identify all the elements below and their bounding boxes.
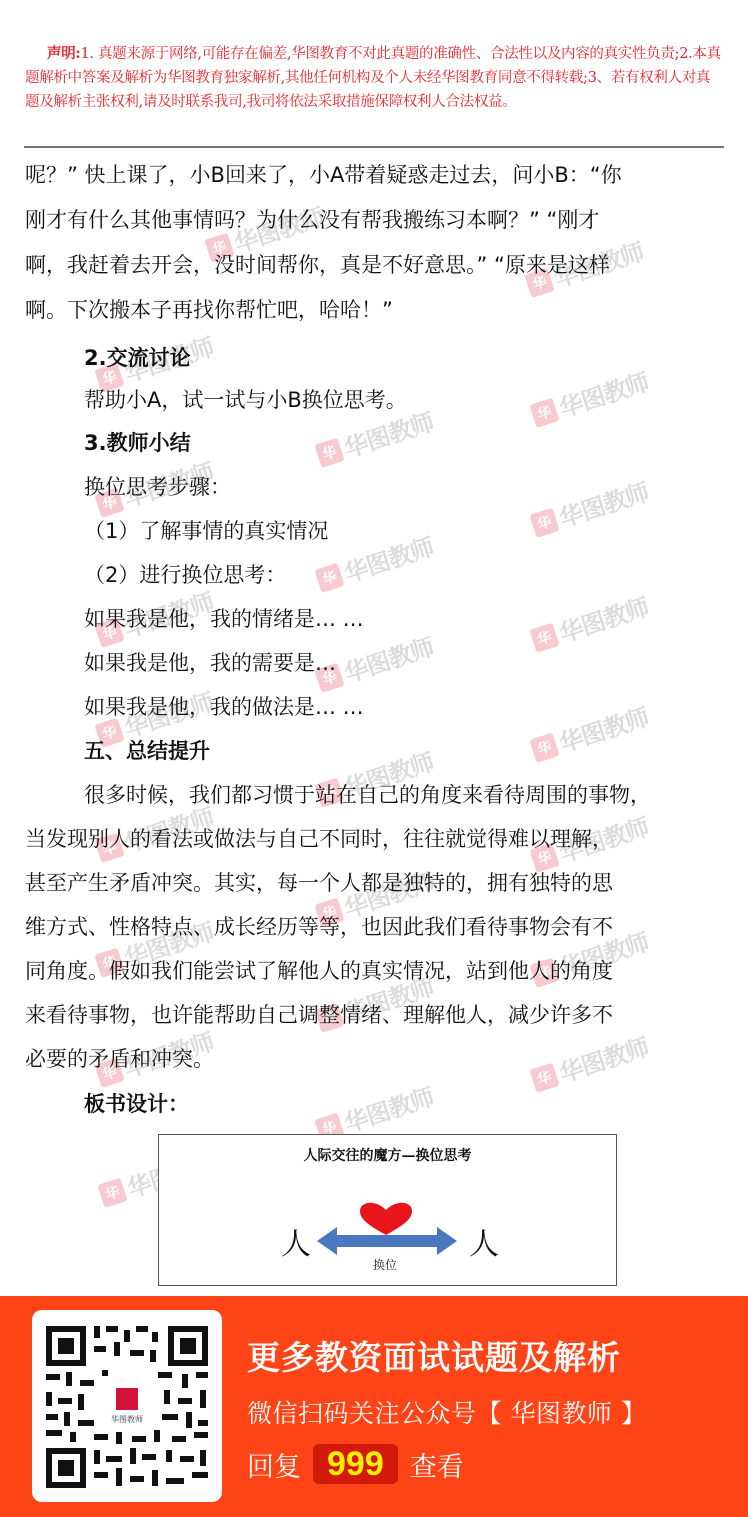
paragraph-line: 同角度。假如我们能尝试了解他人的真实情况，站到他人的角度: [25, 955, 613, 985]
person-right: 人: [469, 1219, 499, 1263]
watermark: 华华图教师: [528, 472, 653, 542]
watermark: 华华图教师: [528, 587, 653, 657]
watermark-text: 华图教师: [339, 1077, 437, 1139]
reply-prefix: 回复: [247, 1445, 301, 1484]
story-line: 啊。下次搬本子再找你帮忙吧，哈哈！”: [25, 294, 393, 324]
paragraph-line: 必要的矛盾和冲突。: [25, 1043, 214, 1073]
list-item: （2）进行换位思考：: [84, 559, 286, 589]
watermark-text: 华图教师: [339, 527, 437, 589]
promo-banner: 华图教师 更多教资面试试题及解析 微信扫码关注公众号【 华图教师 】 回复 99…: [0, 1296, 748, 1517]
watermark-logo-icon: 华: [314, 562, 344, 592]
disclaimer-label: 声明:: [47, 45, 80, 62]
reply-code-badge: 999: [313, 1444, 398, 1484]
qr-logo-text: 华图教师: [106, 1414, 148, 1425]
disclaimer-text: 1. 真题来源于网络,可能存在偏差,华图教育不对此真题的准确性、合法性以及内容的…: [25, 46, 721, 110]
board-title: 人际交往的魔方—换位思考: [159, 1145, 616, 1165]
person-left: 人: [281, 1219, 311, 1263]
board-design: 人际交往的魔方—换位思考 人 人 换位: [158, 1134, 617, 1286]
watermark-text: 华图教师: [554, 697, 652, 759]
watermark-text: 华图教师: [554, 587, 652, 649]
watermark-text: 华图教师: [554, 1027, 652, 1089]
watermark-logo-icon: 华: [529, 732, 559, 762]
watermark: 华华图教师: [313, 527, 438, 597]
paragraph-line: 来看待事物，也许能帮助自己调整情绪、理解他人，减少许多不: [25, 999, 613, 1029]
paragraph-line: 甚至产生矛盾冲突。其实，每一个人都是独特的，拥有独特的思: [25, 867, 613, 897]
qr-code-icon: [32, 1310, 222, 1502]
watermark-text: 华图教师: [554, 362, 652, 424]
arrow-label: 换位: [373, 1256, 397, 1273]
list-item: 如果我是他，我的做法是… …: [84, 691, 364, 721]
section-heading: 3.教师小结: [84, 427, 191, 457]
watermark: 华华图教师: [528, 362, 653, 432]
promo-subtitle: 微信扫码关注公众号【 华图教师 】: [247, 1394, 646, 1430]
paragraph: 换位思考步骤：: [84, 471, 231, 501]
story-line: 呢？” 快上课了，小B回来了，小A带着疑惑走过去，问小B：“你: [25, 159, 622, 189]
watermark: 华华图教师: [528, 697, 653, 767]
story-line: 啊，我赶着去开会，没时间帮你，真是不好意思。” “原来是这样: [25, 249, 610, 279]
section-heading: 板书设计：: [84, 1088, 189, 1118]
watermark-logo-icon: 华: [314, 437, 344, 467]
paragraph-line: 很多时候，我们都习惯于站在自己的角度来看待周围的事物，: [84, 779, 651, 809]
paragraph-line: 当发现别人的看法或做法与自己不同时，往往就觉得难以理解，: [25, 823, 613, 853]
section-heading: 2.交流讨论: [84, 342, 191, 372]
list-item: 如果我是他，我的情绪是… …: [84, 603, 364, 633]
qr-code[interactable]: 华图教师: [32, 1310, 222, 1502]
watermark-logo-icon: 华: [97, 1177, 127, 1207]
list-item: 如果我是他，我的需要是…: [84, 647, 336, 677]
reply-instruction: 回复 999 查看: [247, 1444, 464, 1484]
watermark-logo-icon: 华: [529, 397, 559, 427]
watermark-logo-icon: 华: [529, 622, 559, 652]
reply-suffix: 查看: [410, 1445, 464, 1484]
watermark-logo-icon: 华: [529, 507, 559, 537]
story-line: 刚才有什么其他事情吗？为什么没有帮我搬练习本啊？” “刚才: [25, 204, 599, 234]
watermark-logo-icon: 华: [529, 1062, 559, 1092]
paragraph-line: 维方式、性格特点、成长经历等等，也因此我们看待事物会有不: [25, 911, 613, 941]
divider: [24, 146, 724, 148]
list-item: （1）了解事情的真实情况: [84, 515, 328, 545]
double-arrow-icon: [317, 1225, 457, 1257]
section-heading: 五、总结提升: [84, 735, 210, 765]
paragraph: 帮助小A，试一试与小B换位思考。: [84, 384, 407, 414]
promo-title: 更多教资面试试题及解析: [247, 1332, 621, 1379]
watermark-text: 华图教师: [554, 472, 652, 534]
watermark: 华华图教师: [528, 1027, 653, 1097]
watermark-text: 华图教师: [339, 627, 437, 689]
disclaimer: 声明:1. 真题来源于网络,可能存在偏差,华图教育不对此真题的准确性、合法性以及…: [25, 42, 723, 114]
